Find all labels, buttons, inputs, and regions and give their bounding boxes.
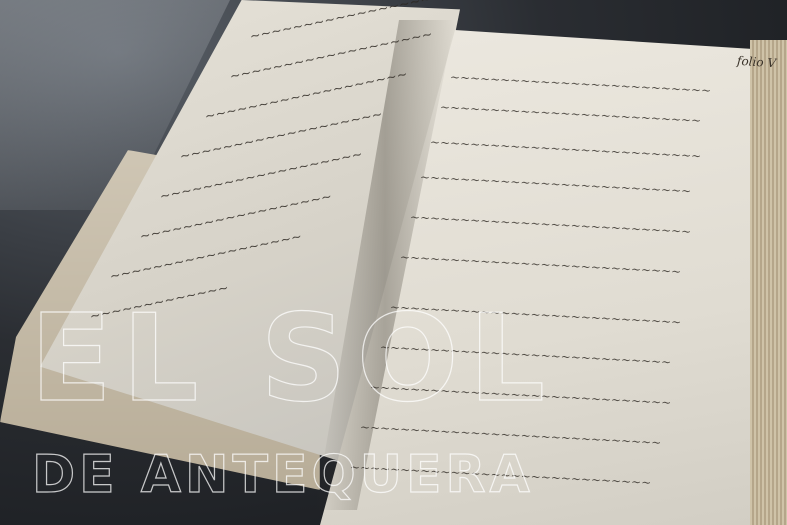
watermark-line-1: EL SOL [30, 300, 555, 420]
right-page-edges [750, 40, 787, 525]
folio-number: folio V [737, 54, 777, 71]
watermark-line-2: DE ANTEQUERA [32, 445, 534, 505]
